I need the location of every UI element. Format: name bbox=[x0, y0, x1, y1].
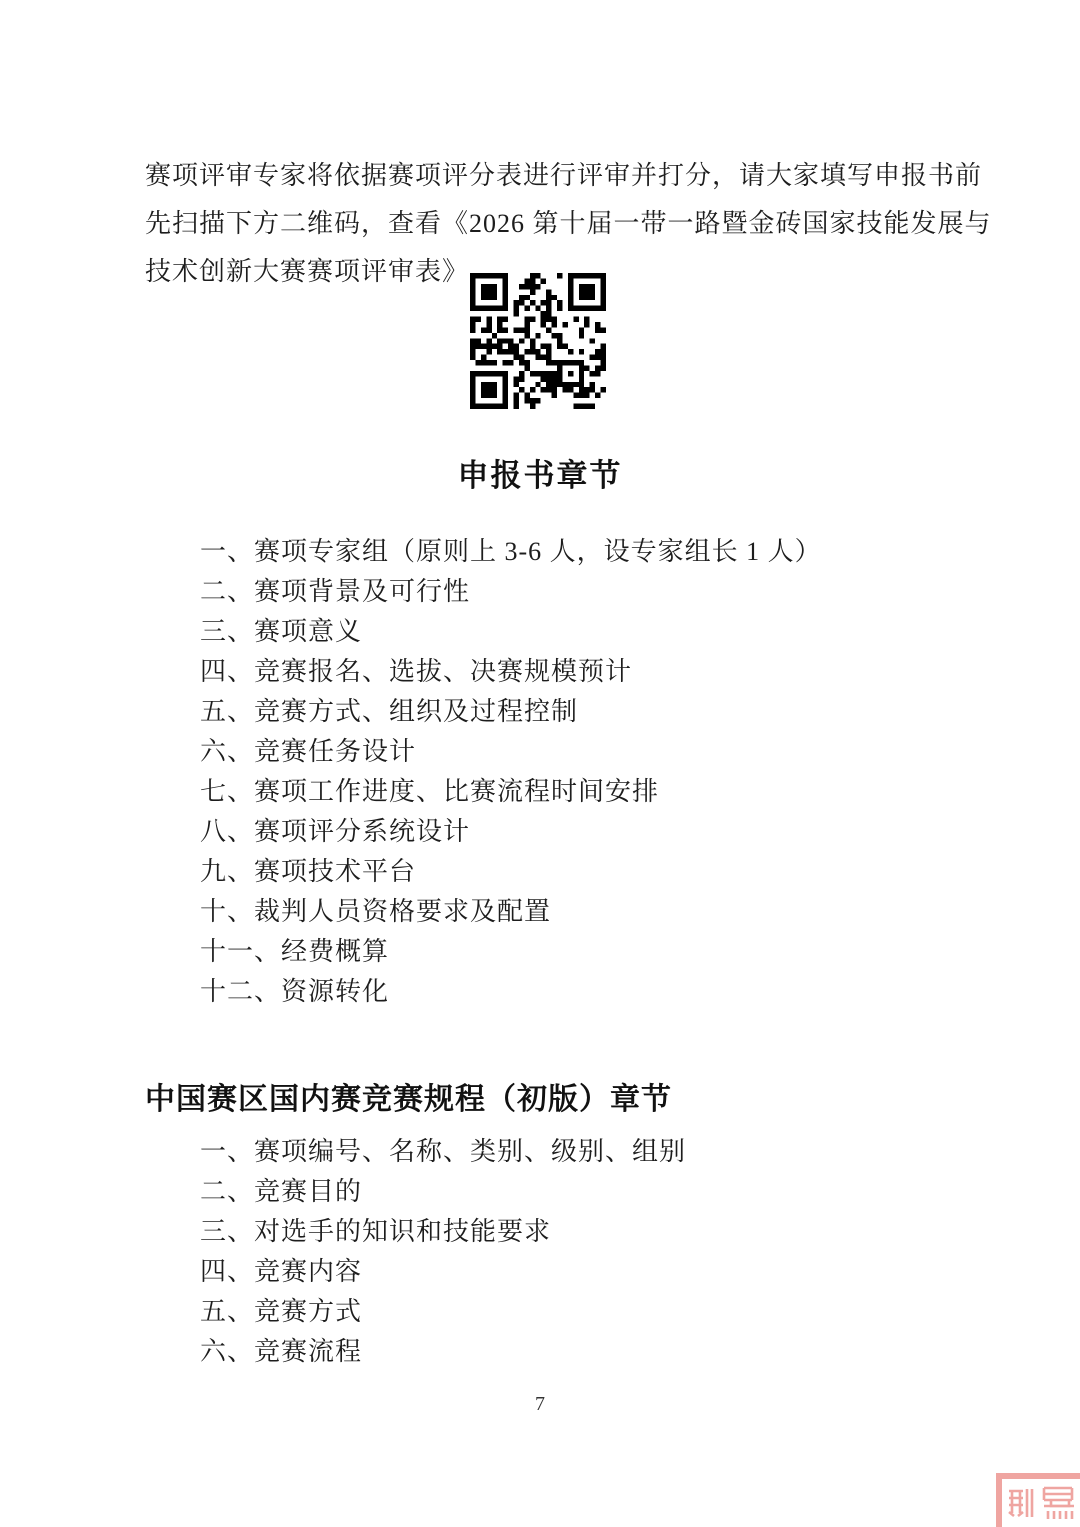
list-item: 十二、资源转化 bbox=[200, 972, 940, 1012]
list-item: 九、赛项技术平台 bbox=[200, 852, 940, 892]
list-item: 二、竞赛目的 bbox=[200, 1172, 940, 1212]
section2-title: 中国赛区国内赛竞赛规程（初版）章节 bbox=[145, 1074, 672, 1118]
list-item: 一、赛项专家组（原则上 3-6 人，设专家组长 1 人） bbox=[200, 532, 940, 572]
list-item: 四、竞赛报名、选拔、决赛规模预计 bbox=[200, 652, 940, 692]
list-item: 五、竞赛方式 bbox=[200, 1292, 940, 1332]
list-item: 七、赛项工作进度、比赛流程时间安排 bbox=[200, 772, 940, 812]
intro-line: 先扫描下方二维码，查看《2026 第十届一带一路暨金砖国家技能发展与 bbox=[145, 200, 937, 248]
list-item: 四、竞赛内容 bbox=[200, 1252, 940, 1292]
list-item: 六、竞赛流程 bbox=[200, 1332, 940, 1372]
section1-list: 一、赛项专家组（原则上 3-6 人，设专家组长 1 人） 二、赛项背景及可行性 … bbox=[200, 532, 940, 1012]
document-page: 赛项评审专家将依据赛项评分表进行评审并打分，请大家填写申报书前 先扫描下方二维码… bbox=[0, 0, 1080, 1527]
page-number: 7 bbox=[0, 1393, 1080, 1416]
list-item: 八、赛项评分系统设计 bbox=[200, 812, 940, 852]
list-item: 三、赛项意义 bbox=[200, 612, 940, 652]
list-item: 二、赛项背景及可行性 bbox=[200, 572, 940, 612]
intro-line: 赛项评审专家将依据赛项评分表进行评审并打分，请大家填写申报书前 bbox=[145, 152, 937, 200]
list-item: 一、赛项编号、名称、类别、级别、组别 bbox=[200, 1132, 940, 1172]
section2-list: 一、赛项编号、名称、类别、级别、组别 二、竞赛目的 三、对选手的知识和技能要求 … bbox=[200, 1132, 940, 1372]
red-seal-stamp-icon bbox=[996, 1473, 1080, 1527]
list-item: 十、裁判人员资格要求及配置 bbox=[200, 892, 940, 932]
qr-code bbox=[470, 273, 606, 409]
list-item: 五、竞赛方式、组织及过程控制 bbox=[200, 692, 940, 732]
list-item: 三、对选手的知识和技能要求 bbox=[200, 1212, 940, 1252]
section1-title: 申报书章节 bbox=[0, 450, 1080, 495]
list-item: 六、竞赛任务设计 bbox=[200, 732, 940, 772]
list-item: 十一、经费概算 bbox=[200, 932, 940, 972]
